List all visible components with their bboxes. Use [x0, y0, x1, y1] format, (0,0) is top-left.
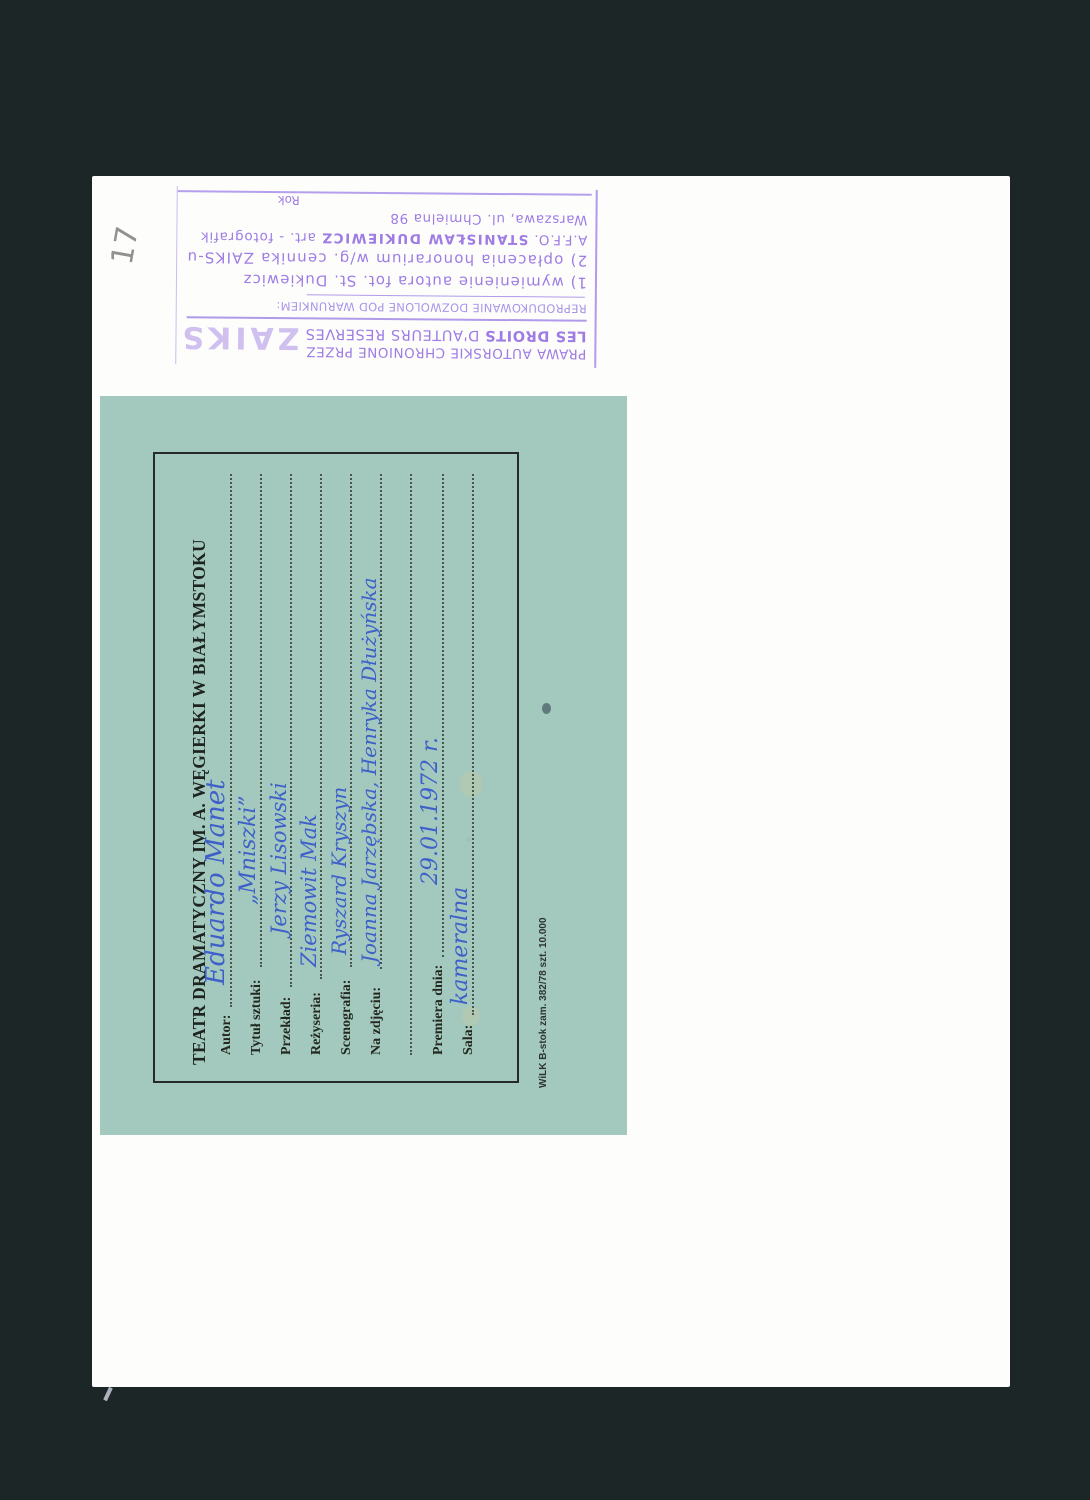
- card-rotated-content: TEATR DRAMATYCZNY IM. A. WĘGIERKI W BIAŁ…: [155, 454, 521, 1085]
- field-label: Scenografia:: [339, 980, 355, 1055]
- field-rezyseria: Reżyseria: Ziemowit Mak: [295, 474, 325, 1055]
- stamp-line-condition-1: 1) wymienienie autora fot. St. Dukiewicz: [185, 270, 587, 292]
- field-premiera: Premiera dnia: 29.01.1972 r.: [417, 474, 447, 1055]
- field-autor: Autor: Eduardo Manet: [205, 474, 235, 1055]
- stamp-zaiks-logo: ZAIKS: [178, 319, 299, 355]
- field-label: Przekład:: [279, 997, 295, 1055]
- stamp-line-reproduction: REPRODUKOWANIE DOZWOLONE POD WARUNKIEM:: [185, 298, 587, 316]
- copyright-stamp: PRAWA AUTORSKIE CHRONIONE PRZEZ LES DROI…: [175, 186, 598, 368]
- card-frame: TEATR DRAMATYCZNY IM. A. WĘGIERKI W BIAŁ…: [153, 452, 519, 1083]
- handwritten-page-number: 17: [105, 222, 151, 268]
- stamp-line-year: Rok: [278, 193, 300, 207]
- field-label: Reżyseria:: [309, 992, 325, 1055]
- stamp-suffix: art. - fotografik: [200, 228, 316, 245]
- field-value: 29.01.1972 r.: [418, 737, 443, 885]
- scan-scratch: [103, 1387, 113, 1401]
- stamp-photographer-name: STANISŁAW DUKIEWICZ: [321, 229, 529, 247]
- field-label: Na zdjęciu:: [369, 987, 385, 1055]
- field-value: Ziemowit Mak: [297, 814, 321, 967]
- stamp-line-address: Warszawa, ul. Chmielna 98: [185, 208, 587, 228]
- field-value: „Mniszki”: [236, 795, 261, 905]
- stamp-divider: [307, 294, 585, 297]
- field-value: Joanna Jarzębska, Henryka Dłużyńska: [357, 577, 381, 963]
- stamp-line-condition-2: 2) opłacenia honorarium w/g. cennika ZAI…: [185, 248, 587, 270]
- stamp-droits-rest: D'AUTEURS RESERVES: [305, 325, 479, 343]
- field-extra-line: [385, 474, 415, 1055]
- stamp-prefix: A.F.F.O.: [533, 231, 587, 247]
- field-sala: Sala: kameralna: [447, 474, 477, 1055]
- field-value: Jerzy Lisowski: [267, 782, 291, 935]
- theatre-info-card: TEATR DRAMATYCZNY IM. A. WĘGIERKI W BIAŁ…: [100, 396, 627, 1135]
- field-label: Autor:: [219, 1015, 235, 1055]
- field-przeklad: Przekład: Jerzy Lisowski: [265, 474, 295, 1055]
- stamp-line-droits: LES DROITS D'AUTEURS RESERVES ZAIKS: [184, 324, 586, 344]
- stamp-border: [178, 190, 592, 196]
- field-label: Premiera dnia:: [431, 965, 447, 1055]
- printer-note: WiLK B-stok zam. 382/78 szt. 10.000: [538, 868, 549, 1088]
- field-scenografia: Scenografia: Ryszard Kryszyn: [325, 474, 355, 1055]
- field-value: Ryszard Kryszyn: [327, 787, 351, 955]
- field-label: Sala:: [461, 1025, 477, 1055]
- stamp-line-photographer: A.F.F.O. STANISŁAW DUKIEWICZ art. - foto…: [185, 228, 587, 248]
- dotted-line: [410, 474, 412, 1055]
- field-tytul: Tytuł sztuki: „Mniszki”: [235, 474, 265, 1055]
- card-spot: [542, 703, 551, 714]
- field-na-zdjeciu: Na zdjęciu: Joanna Jarzębska, Henryka Dł…: [355, 474, 385, 1055]
- field-label: Tytuł sztuki:: [249, 979, 265, 1055]
- field-value: kameralna: [448, 887, 473, 1005]
- stamp-droits-bold: LES DROITS: [485, 327, 587, 344]
- field-value: Eduardo Manet: [201, 779, 231, 985]
